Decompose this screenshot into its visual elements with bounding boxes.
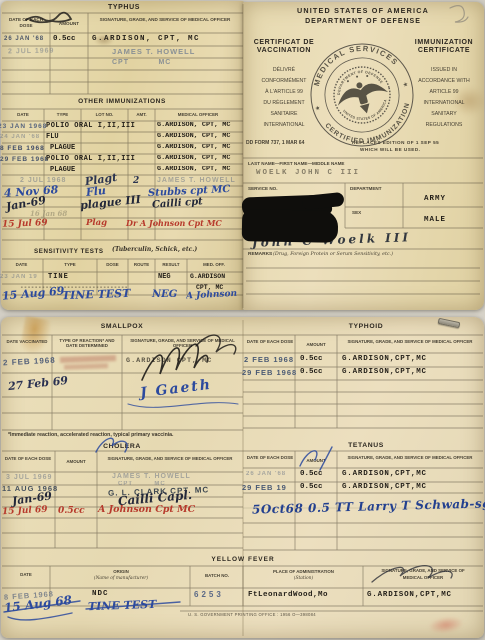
scanned-immunization-record: TYPHUS DATE OF EACH DOSE AMOUNT SIGNATUR…: [0, 0, 485, 640]
seal-star-left: ★: [314, 104, 321, 112]
smallpox-title: SMALLPOX: [101, 323, 144, 331]
yellow-fever-title: YELLOW FEVER: [211, 556, 274, 563]
yf-row-place: FtLeonardWood,Mo: [248, 591, 328, 600]
cover-en-line-5: REGULATIONS: [426, 123, 463, 129]
sens-r1-result: NEG: [158, 273, 171, 281]
cover-en-line-3: INTERNATIONAL: [423, 101, 464, 107]
sens-r3-type: TINE TEST: [62, 288, 131, 303]
typhus-title: TYPHUS: [108, 4, 140, 12]
cover-replaces-1: REPLACES EDITION OF 1 SEP 55: [352, 140, 439, 145]
cholera-col-officer: SIGNATURE, GRADE, AND SERVICE OF MEDICAL…: [99, 456, 241, 461]
tetanus-col-date: DATE OF EACH DOSE: [246, 455, 294, 460]
other-r9-type: Plag: [86, 219, 107, 229]
cover-service-label: SERVICE NO.: [248, 186, 278, 191]
sens-col-result: RESULT: [156, 262, 186, 267]
cover-en-line-2: ARTICLE 99: [429, 90, 458, 96]
other-r9-date: 15 Jul 69: [2, 218, 48, 230]
cover-name-label: LAST NAME—FIRST NAME—MIDDLE NAME: [248, 161, 344, 166]
typhus-col-date: DATE OF EACH DOSE: [5, 17, 47, 28]
tetanus-title: TETANUS: [348, 442, 384, 450]
typhoid-r1-officer: G.ARDISON,CPT,MC: [342, 355, 427, 364]
sens-col-date: DATE: [0, 262, 43, 267]
yf-col-origin: ORIGIN: [52, 569, 190, 574]
yf-col-date: DATE: [2, 572, 50, 577]
other-r8-date: 16 Jan 68: [30, 210, 67, 218]
typhoid-r2-date: 29 FEB 1968: [242, 369, 297, 378]
other-col-officer: MEDICAL OFFICER: [155, 112, 241, 117]
typhoid-col-officer: SIGNATURE, GRADE, AND SERVICE OF MEDICAL…: [339, 339, 481, 344]
typhoid-r1-date: 2 FEB 1968: [244, 356, 294, 365]
dod-medical-seal: MEDICAL SERVICES CERTIFIED IMMUNIZATION …: [302, 35, 422, 155]
smallpox-footnote: *Immediate reaction, accelerated reactio…: [8, 433, 174, 439]
yf-row-batch: 6253: [194, 590, 224, 599]
tetanus-r1-amount: 0.5cc: [300, 470, 323, 479]
cover-en-line-4: SANITARY: [431, 112, 456, 118]
cover-dept-value: ARMY: [424, 195, 446, 204]
seal-star-right: ★: [402, 81, 409, 89]
other-r9-officer: Dr A Johnson Cpt MC: [126, 219, 222, 228]
cover-fr-line-0: DÉLIVRÉ: [273, 68, 295, 74]
other-r3-type: POLIO ORAL I,II,III: [46, 155, 135, 163]
sensitivity-subtitle: (Tuberculin, Schick, etc.): [112, 247, 197, 254]
yf-row-origin: NDC: [92, 590, 109, 599]
other-r0-date: 23 JAN 1968: [0, 123, 47, 130]
cover-replaces-2: WHICH WILL BE USED.: [360, 147, 420, 152]
yf-col-officer-1: SIGNATURE, GRADE, AND SERVICE OF: [365, 568, 481, 573]
tetanus-r1-officer: G.ARDISON,CPT,MC: [342, 470, 427, 479]
gpo-footer: U. S. GOVERNMENT PRINTING OFFICE : 1956 …: [188, 613, 316, 618]
typhus-row3-officer-stamp: CPT MC: [112, 59, 171, 67]
yf-col-origin-sub: (Name of manufacturer): [52, 576, 190, 581]
other-r5-amt: 2: [133, 176, 139, 186]
other-r1-date: 24 JAN '68: [0, 134, 40, 141]
cover-en-line-0: ISSUED IN: [431, 68, 457, 74]
cholera-col-amount: AMOUNT: [57, 459, 95, 464]
cholera-r4-amount: 0.5cc: [58, 506, 85, 516]
other-r0-type: POLIO ORAL I,II,III: [46, 122, 135, 130]
other-col-type: TYPE: [44, 112, 81, 117]
cover-dod-title: DEPARTMENT OF DEFENSE: [305, 18, 421, 26]
cover-usa-title: UNITED STATES OF AMERICA: [297, 7, 429, 15]
typhus-row2-date-stamp: 2 JUL 1969: [8, 48, 55, 57]
typhoid-r2-officer: G.ARDISON,CPT,MC: [342, 368, 427, 377]
cover-sex-label: SEX: [352, 210, 361, 215]
tetanus-col-amount: AMOUNT: [297, 458, 335, 463]
typhus-row1-date-stamp: 26 JAN '68: [4, 36, 44, 43]
yf-col-place-sub: (Station): [245, 576, 362, 581]
cover-fr-line-3: DU RÈGLEMENT: [263, 101, 304, 107]
typhus-col-amount: AMOUNT: [52, 21, 86, 27]
cholera-r1-officer: JAMES T. HOWELL: [112, 473, 191, 481]
other-r3-date: 29 FEB 1968: [0, 156, 49, 163]
cover-remarks-label: REMARKS: [248, 252, 272, 258]
cover-name-value: WOELK JOHN C III: [256, 169, 360, 178]
cholera-r4-officer: A Johnson Cpt MC: [98, 505, 195, 516]
yf-col-place: PLACE OF ADMINISTRATION: [245, 569, 362, 574]
cover-en-line-1: ACCORDANCE WITH: [418, 79, 470, 85]
tetanus-r2-amount: 0.5cc: [300, 483, 323, 492]
sens-col-route: ROUTE: [129, 262, 154, 267]
other-r1-type: FLU: [46, 133, 59, 141]
cover-remarks-label-sub: (Drug, Foreign Protein or Serum Sensitiv…: [273, 252, 393, 258]
annotation-test-note: TINE TEST: [88, 599, 157, 614]
yf-col-officer-2: MEDICAL OFFICER: [365, 575, 481, 580]
cover-fr-line-5: INTERNATIONAL: [263, 123, 304, 129]
other-col-amt: AMT.: [128, 112, 155, 117]
typhoid-r2-amount: 0.5cc: [300, 368, 323, 377]
other-r3-officer: G.ARDISON, CPT, MC: [157, 155, 243, 163]
typhoid-title: TYPHOID: [349, 323, 383, 331]
other-col-date: DATE: [2, 112, 44, 117]
sens-col-type: TYPE: [44, 262, 96, 267]
other-r2-officer: G.ARDISON, CPT, MC: [157, 144, 243, 152]
sens-r1-officer: G.ARDISON: [190, 273, 242, 280]
tetanus-r1-date: 26 JAN '68: [246, 471, 286, 478]
sens-col-medoff: MED. OFF.: [188, 262, 240, 267]
sens-r1-date: 23 JAN 19: [0, 274, 38, 281]
typhus-row2-officer-stamp: JAMES T. HOWELL: [112, 48, 195, 57]
typhoid-col-amount: AMOUNT: [297, 342, 335, 347]
other-r4-officer: G.ARDISON, CPT, MC: [157, 166, 243, 174]
yf-col-batch: BATCH NO.: [192, 573, 242, 578]
other-r2-date: 8 FEB 1968: [0, 145, 45, 152]
tetanus-col-officer: SIGNATURE, GRADE, AND SERVICE OF MEDICAL…: [339, 455, 481, 460]
typhus-row1-officer: G.ARDISON, CPT, MC: [92, 35, 200, 44]
sens-col-dose: DOSE: [98, 262, 127, 267]
other-r4-type: PLAGUE: [50, 166, 75, 174]
tetanus-r2-date: 29 FEB 19: [242, 484, 287, 493]
smallpox-r1-officer: G.ARDISON CPT, MC: [126, 358, 212, 366]
tetanus-r2-officer: G.ARDISON,CPT,MC: [342, 483, 427, 492]
cover-dept-label: DEPARTMENT: [350, 186, 382, 191]
sens-r1-type: TINE: [48, 273, 69, 281]
typhoid-r1-amount: 0.5cc: [300, 355, 323, 364]
other-col-lot: LOT NO.: [81, 112, 128, 117]
typhus-row1-amount: 0.5cc: [53, 35, 76, 44]
redaction-blob-2: [242, 209, 339, 243]
cholera-title: CHOLERA: [103, 443, 141, 451]
cover-fr-line-1: CONFORMÉMENT: [262, 79, 307, 85]
typhoid-col-date: DATE OF EACH DOSE: [246, 339, 294, 344]
cholera-col-date: DATE OF EACH DOSE: [4, 456, 52, 461]
cover-fr-line-2: À L'ARTICLE 99: [265, 90, 303, 96]
other-r0-officer: G.ARDISON, CPT, MC: [157, 122, 243, 130]
other-r1-officer: G.ARDISON, CPT, MC: [157, 133, 243, 141]
cover-form-number: DD FORM 737, 1 MAR 64: [246, 141, 304, 147]
smallpox-col-reaction: TYPE OF REACTION* AND DATE DETERMINED: [54, 338, 120, 349]
cover-fr-line-4: SANITAIRE: [271, 112, 298, 118]
smallpox-col-date: DATE VACCINATED: [4, 339, 50, 344]
other-title: OTHER IMMUNIZATIONS: [78, 98, 166, 105]
sensitivity-title: SENSITIVITY TESTS: [34, 248, 104, 255]
yf-row-officer: G.ARDISON,CPT,MC: [367, 591, 452, 600]
smallpox-col-officer: SIGNATURE, GRADE, AND SERVICE OF MEDICAL…: [124, 338, 241, 349]
typhus-col-officer: SIGNATURE, GRADE, AND SERVICE OF MEDICAL…: [92, 17, 238, 23]
sens-r3-result: NEG: [152, 289, 177, 301]
other-r2-type: PLAGUE: [50, 144, 75, 152]
cover-sex-value: MALE: [424, 216, 446, 225]
cholera-r1-date: 3 JUL 1969: [6, 474, 52, 482]
